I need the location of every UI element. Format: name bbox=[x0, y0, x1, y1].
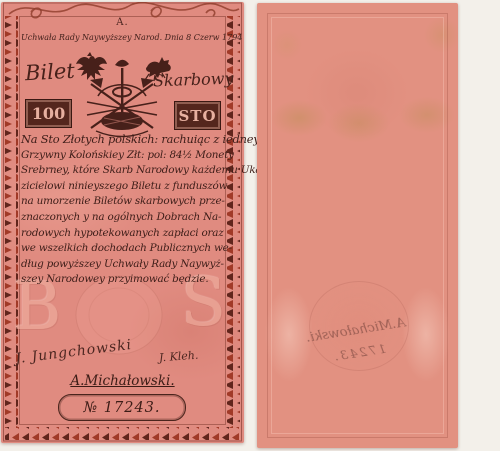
body-line: Srebrney, które Skarb Narodowy każdemu U… bbox=[21, 163, 227, 179]
banknote-front: B S A. Uchwała Rady Naywyższey Narod. Dn… bbox=[1, 2, 244, 443]
title-bilet: Bilet bbox=[24, 59, 75, 86]
serial-number-plate: № 17243. bbox=[58, 394, 186, 421]
body-text: Na Sto Złotych polskich: rachuiąc z iedn… bbox=[21, 132, 227, 288]
denomination-100: 100 bbox=[32, 104, 65, 123]
body-line: znaczonych y na ogólnych Dobrach Na- bbox=[21, 210, 227, 226]
chevron-border-bottom bbox=[5, 427, 240, 440]
eagle-icon bbox=[76, 52, 107, 80]
signature-right: J. Kleh. bbox=[159, 349, 199, 365]
signature-commissioner: A.Michałowski. bbox=[1, 373, 244, 389]
denomination-sto-box: STO bbox=[174, 101, 221, 130]
series-letter: A. bbox=[1, 17, 244, 28]
calligraphic-flourish bbox=[9, 3, 239, 18]
body-line: dług powyższey Uchwały Rady Naywyż- bbox=[21, 257, 227, 273]
serial-number: № 17243. bbox=[83, 400, 160, 416]
body-line: na umorzenie Biletów skarbowych prze- bbox=[21, 194, 227, 210]
body-line: we wszelkich dochodach Publicznych we- bbox=[21, 241, 227, 257]
title-skarbowy: Skarbowy bbox=[153, 69, 234, 91]
banknote-back: A.Michałowski. 17243. bbox=[257, 3, 458, 448]
body-line: Grzywny Kolońskiey Złt: pol: 84½ Monety bbox=[21, 148, 227, 164]
denomination-100-box: 100 bbox=[25, 99, 72, 128]
body-line: rodowych hypotekowanych zapłaci oraz bbox=[21, 226, 227, 242]
body-line: szey Narodowey przyimować będzie. bbox=[21, 272, 227, 288]
body-line: zicielowi ninieyszego Biletu z funduszów bbox=[21, 179, 227, 195]
page-background: B S A. Uchwała Rady Naywyższey Narod. Dn… bbox=[0, 0, 500, 451]
body-line: Na Sto Złotych polskich: rachuiąc z iedn… bbox=[21, 132, 227, 148]
decree-header: Uchwała Rady Naywyższey Narod. Dnia 8 Cz… bbox=[21, 33, 224, 42]
denomination-sto: STO bbox=[178, 107, 216, 125]
